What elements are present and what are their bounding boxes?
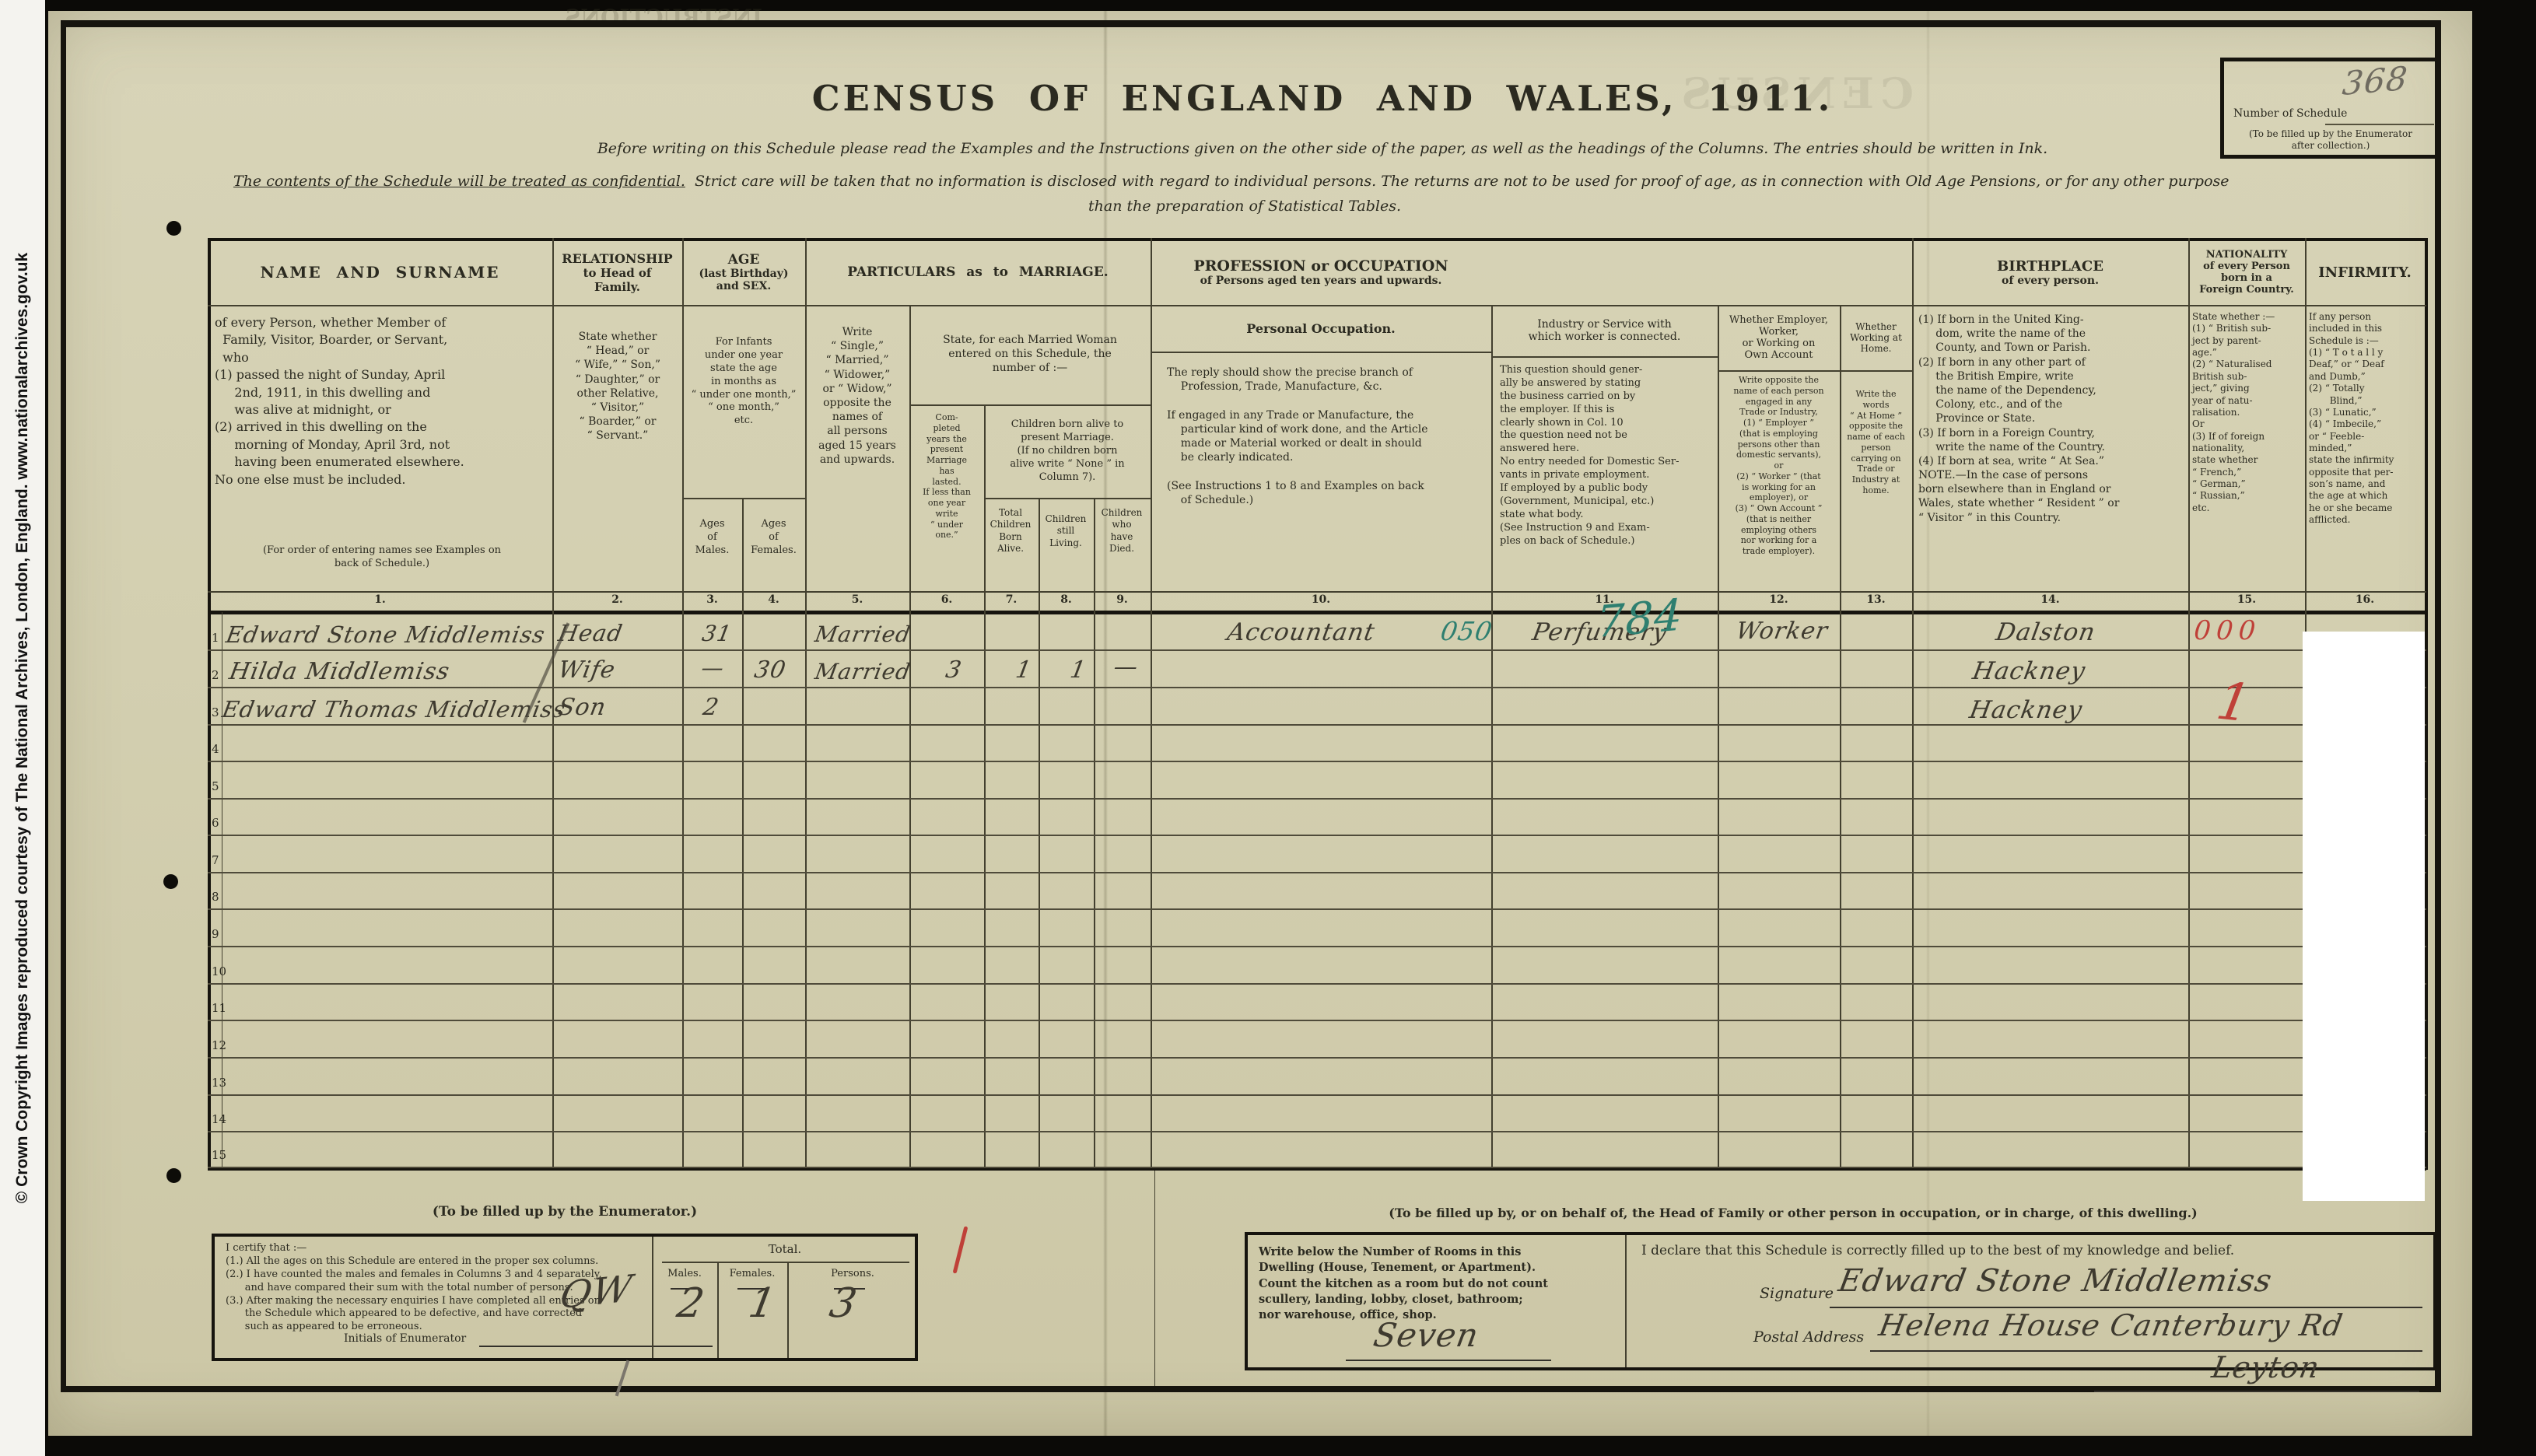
cell-age-males: 31 [700, 621, 734, 646]
instr-write-single: Write “ Single,” “ Married,” “ Widower,”… [807, 325, 907, 467]
form-border-bottom [62, 1386, 2441, 1392]
header-rule [1718, 370, 1840, 372]
colnum-1: 1. [208, 593, 552, 606]
header-rule [984, 498, 1151, 499]
schedule-number-value: 368 [2341, 59, 2409, 103]
table-row: 7 [208, 835, 2426, 873]
colnum-2: 2. [552, 593, 682, 606]
header-rule [682, 498, 805, 499]
confidential-cont: than the preparation of Statistical Tabl… [778, 198, 1711, 215]
table-row: 9 [208, 908, 2426, 947]
form-border-top [62, 20, 2439, 27]
schedule-number-note: (To be filled up by the Enumerator after… [2227, 128, 2434, 152]
cell-occupation-code: 050 [1438, 616, 1495, 646]
instr-at-home-head: Whether Working at Home. [1840, 308, 1912, 367]
cell-birthplace: Dalston [1994, 618, 2098, 646]
cell-name: Edward Thomas Middlemiss [220, 696, 568, 723]
form-border-left [61, 20, 66, 1392]
table-row: 15 [208, 1131, 2426, 1168]
cell-age-males: 2 [701, 694, 721, 721]
enumerator-box: I certify that :— (1.) All the ages on t… [212, 1234, 918, 1361]
colnum-5: 5. [805, 593, 909, 606]
rooms-divider [1625, 1235, 1627, 1367]
cell-birthplace: Hackney [1970, 657, 2088, 685]
table-row: 1 Edward Stone Middlemiss Head 31 Marrie… [208, 612, 2426, 651]
colhead-relationship-1: RELATIONSHIP [562, 251, 672, 266]
header-rule [208, 305, 2426, 306]
cell-children-died: — [1112, 653, 1140, 681]
colnum-7: 7. [984, 593, 1039, 606]
copyright-strip: © Crown Copyright Images reproduced cour… [0, 0, 45, 1456]
instr-married-woman: State, for each Married Woman entered on… [912, 333, 1148, 376]
schedule-number-box: Number of Schedule 368 (To be filled up … [2220, 58, 2441, 159]
row-number: 15 [212, 1148, 226, 1162]
redaction-overlay [2303, 632, 2425, 1201]
instr-at-home: Write the words “ At Home ” opposite the… [1841, 389, 1911, 496]
totals-col-line [787, 1262, 789, 1358]
colnum-8: 8. [1039, 593, 1094, 606]
colnum-3: 3. [682, 593, 742, 606]
signature-value: Edward Stone Middlemiss [1836, 1263, 2275, 1299]
colhead-age-2: (last Birthday) and SEX. [699, 268, 788, 292]
colhead-marriage: PARTICULARS as to MARRIAGE. [805, 241, 1151, 303]
colhead-profession-1: PROFESSION or OCCUPATION [1193, 257, 1448, 275]
initials-rule [479, 1346, 713, 1347]
row-number: 5 [212, 779, 219, 793]
colnum-15: 15. [2188, 593, 2305, 606]
persons-value: 3 [826, 1280, 861, 1327]
rooms-text: Write below the Number of Rooms in this … [1259, 1244, 1617, 1323]
instr-completed-years: Com- pleted years the present Marriage h… [912, 412, 982, 541]
table-row: 11 [208, 983, 2426, 1021]
cell-name: Hilda Middlemiss [227, 658, 452, 685]
census-scan: © Crown Copyright Images reproduced cour… [0, 0, 2536, 1456]
schedule-number-label: Number of Schedule [2233, 107, 2347, 121]
colnum-12: 12. [1718, 593, 1840, 606]
colhead-age: AGE (last Birthday) and SEX. [682, 241, 805, 303]
punch-hole [166, 1168, 181, 1183]
colnum-10: 10. [1151, 593, 1491, 606]
colhead-nationality: NATIONALITY of every Person born in a Fo… [2188, 241, 2305, 303]
colhead-relationship-2: to Head of Family. [583, 266, 652, 294]
instr-nationality: State whether :— (1) “ British sub- ject… [2192, 311, 2303, 514]
instr-personal-occ: The reply should show the precise branch… [1167, 366, 1481, 507]
table-row: 4 [208, 724, 2426, 762]
header-rule [909, 404, 1151, 406]
industry-code-overwrite: 784 [1596, 590, 1683, 648]
address-value-2: Leyton [2209, 1350, 2323, 1384]
punch-hole [163, 874, 178, 889]
cell-marriage: Married [813, 659, 912, 684]
table-row: 12 [208, 1020, 2426, 1059]
row-number: 1 [212, 631, 219, 645]
address-rule-2 [2094, 1391, 2419, 1392]
persons-label: Persons. [787, 1268, 918, 1281]
males-value: 2 [674, 1280, 709, 1327]
instr-relationship: State whether “ Head,” or “ Wife,” “ Son… [555, 330, 680, 443]
instr-name-note: (For order of entering names see Example… [215, 544, 549, 571]
cell-children-living: 1 [1068, 656, 1088, 684]
colnum-13: 13. [1840, 593, 1912, 606]
confidential-rest: Strict care will be taken that no inform… [685, 173, 2230, 190]
females-label: Females. [717, 1268, 787, 1281]
instr-ages-males: Ages of Males. [682, 518, 742, 558]
colhead-name: NAME AND SURNAME [208, 241, 552, 303]
cell-nationality-mark: 000 [2193, 615, 2262, 646]
form-border-right [2435, 20, 2441, 1392]
section-divider [1154, 1171, 1155, 1386]
signature-label: Signature [1760, 1285, 1834, 1302]
table-row: 10 [208, 946, 2426, 985]
cell-age-males: — [699, 655, 727, 681]
cell-relationship: Wife [556, 656, 618, 684]
cell-name: Edward Stone Middlemiss [224, 621, 548, 648]
address-rule [1870, 1350, 2422, 1352]
cell-age-females: 30 [752, 656, 788, 684]
enumerator-heading: (To be filled up by the Enumerator.) [212, 1204, 918, 1220]
declaration-heading: (To be filled up by, or on behalf of, th… [1276, 1206, 2310, 1220]
table-row: 5 [208, 761, 2426, 800]
instr-total-born: Total Children Born Alive. [985, 507, 1036, 555]
table-row: 3 Edward Thomas Middlemiss Son 2 Hackney [208, 687, 2426, 726]
row-number: 12 [212, 1038, 226, 1052]
confidential-underlined: The contents of the Schedule will be tre… [233, 173, 685, 190]
row-number: 2 [212, 668, 219, 682]
instr-employer: Write opposite the name of each person e… [1721, 375, 1837, 557]
colhead-birthplace-2: of every person. [2002, 275, 2099, 287]
header-rule [1491, 356, 1718, 358]
table-row: 13 [208, 1057, 2426, 1096]
instr-infants: For Infants under one year state the age… [684, 336, 804, 428]
cell-employment: Worker [1734, 618, 1830, 645]
total-rule [662, 1262, 909, 1263]
declare-text: I declare that this Schedule is correctl… [1641, 1243, 2435, 1258]
copyright-text: © Crown Copyright Images reproduced cour… [13, 20, 32, 1436]
cell-children-born: 1 [1014, 656, 1034, 684]
cell-years-married: 3 [944, 656, 964, 684]
colhead-birthplace-1: BIRTHPLACE [1997, 258, 2103, 275]
address-value: Helena House Canterbury Rd [1876, 1308, 2345, 1342]
row-number: 10 [212, 964, 226, 978]
table-row: 8 [208, 872, 2426, 910]
instr-name: of every Person, whether Member of Famil… [215, 314, 549, 488]
colnum-4: 4. [742, 593, 805, 606]
instr-industry-head: Industry or Service with which worker is… [1491, 308, 1718, 353]
row-number: 7 [212, 853, 219, 867]
initials-label: Initials of Enumerator [344, 1332, 466, 1346]
address-label: Postal Address [1753, 1328, 1864, 1346]
instr-have-died: Children who have Died. [1095, 507, 1148, 555]
colhead-profession: PROFESSION or OCCUPATION of Persons aged… [1151, 241, 1491, 303]
colhead-age-1: AGE [728, 252, 760, 268]
row-number: 9 [212, 927, 219, 941]
males-label: Males. [652, 1268, 717, 1281]
instr-employer-head: Whether Employer, Worker, or Working on … [1718, 308, 1840, 367]
colhead-infirmity: INFIRMITY. [2305, 241, 2425, 303]
cell-occupation: Accountant [1225, 618, 1377, 646]
row-number: 3 [212, 705, 219, 719]
rooms-value: Seven [1371, 1316, 1482, 1354]
instr-ages-females: Ages of Females. [742, 518, 805, 558]
confidential-line: The contents of the Schedule will be tre… [233, 173, 2427, 190]
row-number: 13 [212, 1076, 226, 1090]
cell-marriage: Married [813, 621, 912, 647]
colhead-profession-2: of Persons aged ten years and upwards. [1200, 275, 1442, 287]
cell-relationship: Son [556, 694, 608, 721]
instr-industry: This question should gener- ally be answ… [1500, 364, 1711, 548]
page-title: CENSUS OF ENGLAND AND WALES, 1911. [809, 78, 1836, 119]
females-value: 1 [745, 1280, 780, 1327]
colnum-9: 9. [1094, 593, 1151, 606]
colnum-14: 14. [1912, 593, 2188, 606]
header-rule [1840, 370, 1912, 372]
schedule-number-rule [2325, 124, 2434, 125]
header-rule [1151, 352, 1491, 353]
instr-still-living: Children still Living. [1040, 513, 1091, 549]
table-row: 6 [208, 798, 2426, 836]
row-number: 6 [212, 816, 219, 830]
punch-hole [166, 221, 181, 236]
initials-handwriting: QW [557, 1267, 636, 1318]
colhead-birthplace: BIRTHPLACE of every person. [1912, 241, 2188, 303]
totals-col-line [717, 1262, 719, 1358]
colnum-16: 16. [2305, 593, 2425, 606]
instr-children-alive: Children born alive to present Marriage.… [986, 418, 1148, 484]
colnum-strip-top [208, 591, 2426, 593]
instr-personal-occ-head: Personal Occupation. [1151, 308, 1491, 348]
row-number: 11 [212, 1001, 226, 1015]
rooms-rule [1346, 1360, 1551, 1361]
cell-birthplace: Hackney [1967, 696, 2085, 724]
instr-infirmity: If any person included in this Schedule … [2309, 311, 2424, 526]
row-number: 8 [212, 890, 219, 904]
colnum-6: 6. [909, 593, 984, 606]
colhead-relationship: RELATIONSHIP to Head of Family. [552, 241, 682, 303]
row-number: 14 [212, 1112, 226, 1126]
row-number: 4 [212, 742, 219, 756]
instructions-line: Before writing on this Schedule please r… [327, 140, 2318, 157]
instr-birthplace: (1) If born in the United King- dom, wri… [1918, 313, 2186, 525]
table-row: 14 [208, 1094, 2426, 1132]
total-label: Total. [652, 1241, 918, 1257]
